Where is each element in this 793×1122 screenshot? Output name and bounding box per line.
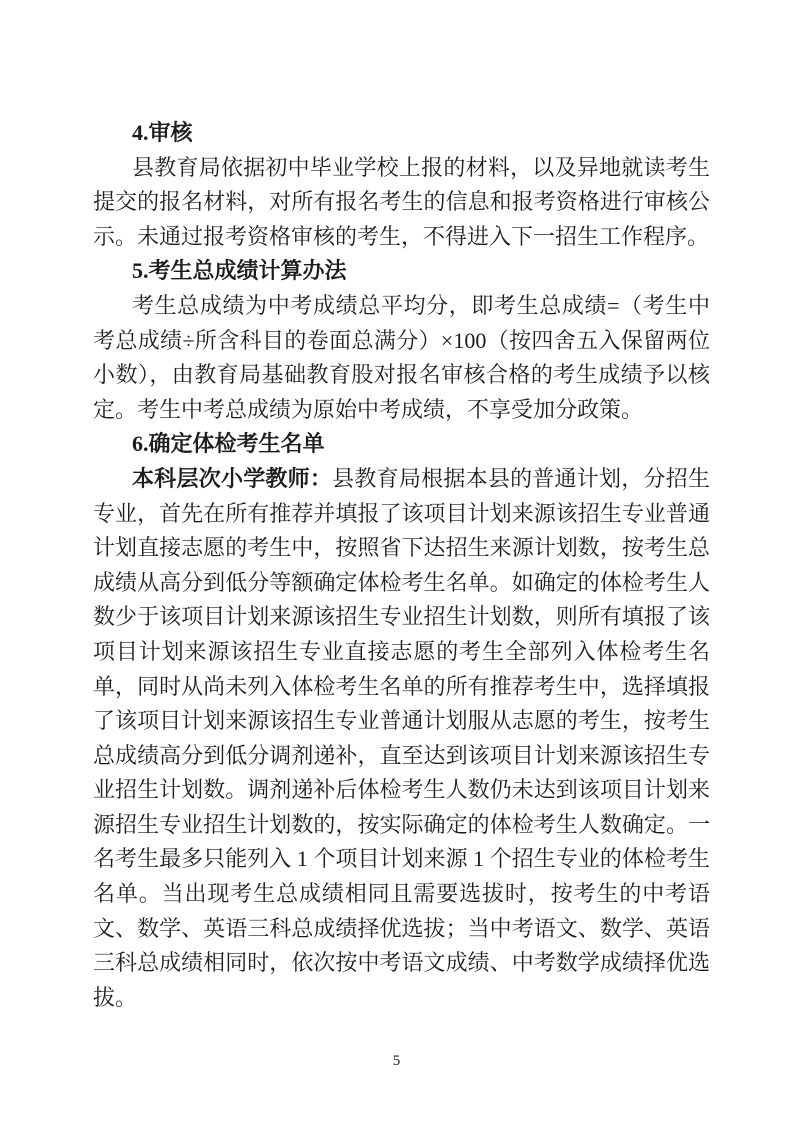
section-medical-exam-list-lead: 本科层次小学教师： [132,466,332,491]
document-page: 4.审核 县教育局依据初中毕业学校上报的材料，以及异地就读考生提交的报名材料，对… [0,0,793,1122]
section-medical-exam-list: 6.确定体检考生名单 本科层次小学教师：县教育局根据本县的普通计划，分招生专业，… [93,427,710,1015]
section-review-paragraph: 县教育局依据初中毕业学校上报的材料，以及异地就读考生提交的报名材料，对所有报名考… [93,151,710,255]
section-review: 4.审核 县教育局依据初中毕业学校上报的材料，以及异地就读考生提交的报名材料，对… [93,116,710,254]
section-medical-exam-list-heading: 6.确定体检考生名单 [93,427,710,462]
section-total-score-method-paragraph: 考生总成绩为中考成绩总平均分，即考生总成绩=（考生中考总成绩÷所含科目的卷面总满… [93,289,710,427]
section-medical-exam-list-body-text: 县教育局根据本县的普通计划，分招生专业，首先在所有推荐并填报了该项目计划来源该招… [93,466,710,1010]
page-number: 5 [0,1051,793,1071]
section-total-score-method-heading: 5.考生总成绩计算办法 [93,254,710,289]
section-medical-exam-list-paragraph: 本科层次小学教师：县教育局根据本县的普通计划，分招生专业，首先在所有推荐并填报了… [93,462,710,1016]
section-review-heading: 4.审核 [93,116,710,151]
page-content: 4.审核 县教育局依据初中毕业学校上报的材料，以及异地就读考生提交的报名材料，对… [93,116,710,1015]
section-total-score-method: 5.考生总成绩计算办法 考生总成绩为中考成绩总平均分，即考生总成绩=（考生中考总… [93,254,710,427]
